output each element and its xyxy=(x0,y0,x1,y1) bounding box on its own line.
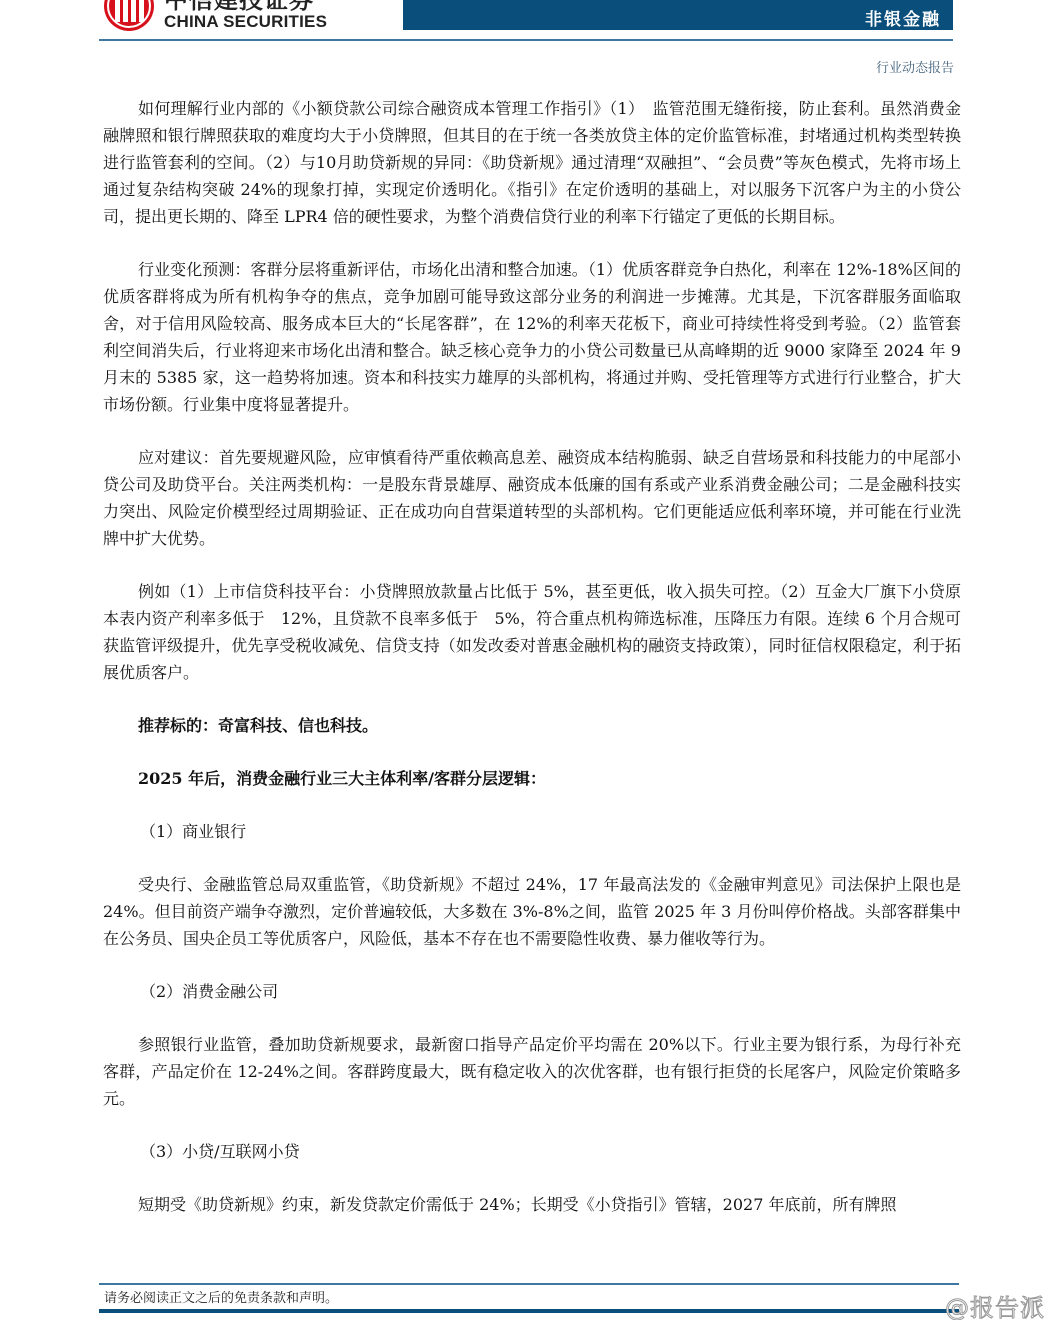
subsection-text-banks: 受央行、金融监管总局双重监管，《助贷新规》不超过 24%，17 年最高法发的《金… xyxy=(103,871,961,952)
footer-bar xyxy=(99,1309,959,1313)
watermark: @报告派 xyxy=(945,1288,1045,1320)
subsection-text-microloans: 短期受《助贷新规》约束，新发贷款定价需低于 24%；长期受《小贷指引》管辖，20… xyxy=(103,1191,961,1218)
footer-divider xyxy=(99,1283,959,1285)
subsection-title-banks: （1）商业银行 xyxy=(103,818,961,845)
paragraph-industry-forecast: 行业变化预测：客群分层将重新评估，市场化出清和整合加速。（1）优质客群竞争白热化… xyxy=(103,256,961,418)
recommended-stocks: 推荐标的：奇富科技、信也科技。 xyxy=(103,712,961,739)
logo-english-name: CHINA SECURITIES xyxy=(164,13,327,31)
footer-disclaimer: 请务必阅读正文之后的免责条款和声明。 xyxy=(104,1287,338,1306)
logo-chinese-name: 中信建投证券 xyxy=(164,0,314,12)
subsection-title-microloans: （3）小贷/互联网小贷 xyxy=(103,1138,961,1165)
document-body: 如何理解行业内部的《小额贷款公司综合融资成本管理工作指引》（1） 监管范围无缝衔… xyxy=(103,95,961,1244)
report-type-label: 行业动态报告 xyxy=(876,57,954,76)
subsection-title-consumer-finance: （2）消费金融公司 xyxy=(103,978,961,1005)
subsection-text-consumer-finance: 参照银行业监管，叠加助贷新规要求，最新窗口指导产品定价平均需在 20%以下。行业… xyxy=(103,1031,961,1112)
paragraph-recommendations: 应对建议：首先要规避风险，应审慎看待严重依赖高息差、融资成本结构脆弱、缺乏自营场… xyxy=(103,444,961,552)
header-divider xyxy=(99,39,953,41)
paragraph-examples: 例如（1）上市信贷科技平台：小贷牌照放款量占比低于 5%，甚至更低，收入损失可控… xyxy=(103,578,961,686)
section-heading: 2025 年后，消费金融行业三大主体利率/客群分层逻辑： xyxy=(103,765,961,792)
citic-logo-icon xyxy=(103,0,155,36)
paragraph-guideline-interpretation: 如何理解行业内部的《小额贷款公司综合融资成本管理工作指引》（1） 监管范围无缝衔… xyxy=(103,95,961,230)
header-sector-bar: 非银金融 xyxy=(403,0,953,30)
sector-label: 非银金融 xyxy=(865,5,941,30)
